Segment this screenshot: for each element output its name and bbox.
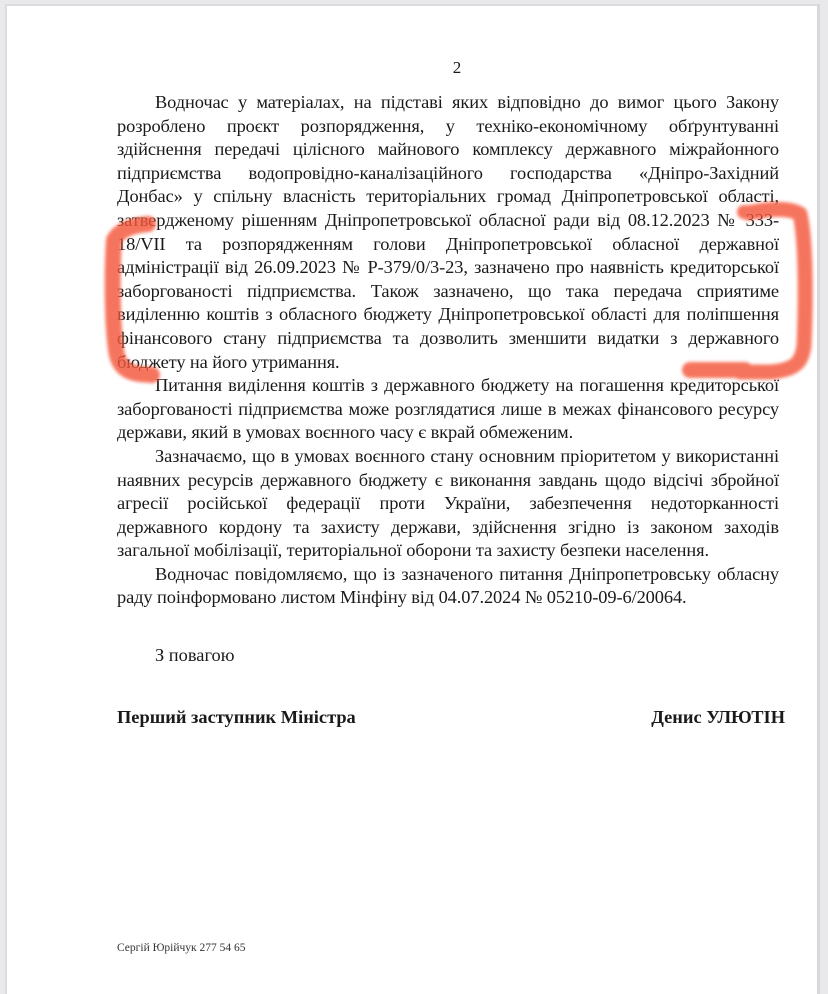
executor-note: Сергій Юрійчук 277 54 65 xyxy=(117,942,246,954)
signatory-name: Денис УЛЮТІН xyxy=(651,707,785,728)
paragraph-2: Питання виділення коштів з державного бю… xyxy=(117,374,779,445)
paragraph-1: Водночас у матеріалах, на підставі яких … xyxy=(117,91,779,374)
signatory-title: Перший заступник Міністра xyxy=(117,707,356,728)
paragraph-4: Водночас повідомляємо, що із зазначеного… xyxy=(117,563,779,610)
letter-body: Водночас у матеріалах, на підставі яких … xyxy=(117,91,779,610)
paragraph-3: Зазначаємо, що в умовах воєнного стану о… xyxy=(117,445,779,563)
closing-salutation: З повагою xyxy=(155,645,234,666)
page-number: 2 xyxy=(7,58,828,78)
